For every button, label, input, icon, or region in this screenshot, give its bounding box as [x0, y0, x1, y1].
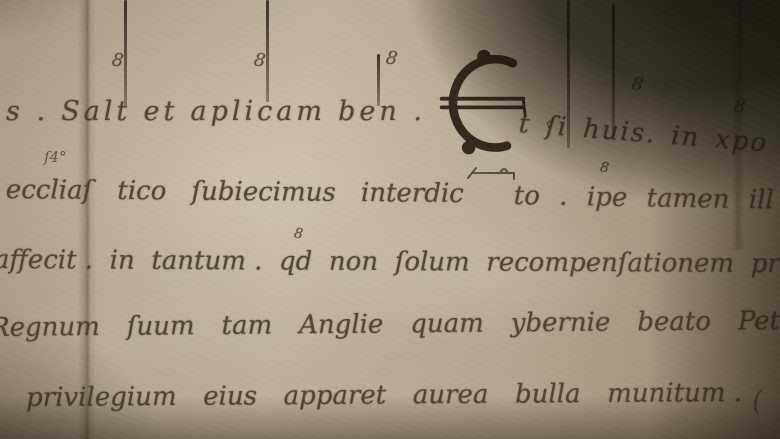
word: . [559, 183, 568, 213]
manuscript-line-2-left: eccliaſ tico ſubiecimus interdic [6, 176, 464, 210]
word: affecit . [0, 246, 93, 276]
word: s . [6, 96, 49, 127]
word: quam [410, 310, 484, 341]
word: qd [279, 247, 312, 277]
word: to [513, 182, 540, 212]
word: beato [637, 308, 711, 339]
word: interdic [361, 179, 464, 210]
word: apparet [284, 381, 387, 412]
ecclias-superscript-mark: ſ4° [44, 148, 67, 166]
word: tico [117, 177, 166, 207]
word: in [670, 122, 701, 154]
word: Pet [738, 307, 780, 337]
word: ſubiecimus [191, 178, 336, 209]
word: tam [221, 312, 272, 342]
word: non [329, 248, 378, 278]
partial-letter: ( [752, 384, 763, 417]
word: tamen [646, 184, 729, 215]
word: Anglie [299, 311, 383, 342]
word: t [518, 110, 533, 141]
word: privilegium [26, 383, 177, 414]
word: eius [203, 382, 257, 412]
word: aurea [413, 381, 489, 411]
word: ybernie [511, 309, 611, 340]
word: munitum . [607, 379, 742, 410]
word: recompenſationem [486, 249, 734, 280]
word: in [110, 247, 135, 277]
ascender-stroke [739, 0, 742, 80]
word: xpo [714, 125, 769, 159]
initial-letter-E [430, 44, 536, 164]
word: ipe [587, 183, 628, 214]
word: huis. [582, 115, 658, 151]
word: pr [751, 250, 780, 280]
word: bulla [515, 380, 581, 410]
manuscript-line-5: privilegium eius apparet aurea bulla mun… [26, 379, 742, 414]
manuscript-line-2-right: to . ipe tamen ill [513, 182, 773, 216]
word: ſolum [395, 248, 470, 278]
word: et [143, 96, 178, 127]
manuscript-line-1-left: s . Salt et aplicam ben . [6, 96, 426, 127]
word: aplicam [190, 96, 325, 127]
word: tantum . [151, 247, 262, 277]
word: eccliaſ [6, 176, 93, 207]
to-abbreviation-mark [466, 164, 530, 182]
word: ben . [338, 96, 426, 127]
word: Regnum [0, 313, 100, 344]
word: ſuum [127, 312, 195, 342]
word: Salt [61, 96, 131, 127]
word: ill [748, 186, 773, 216]
manuscript-line-3: affecit . in tantum . qd non ſolum recom… [0, 246, 780, 280]
word: ſi [545, 112, 569, 144]
